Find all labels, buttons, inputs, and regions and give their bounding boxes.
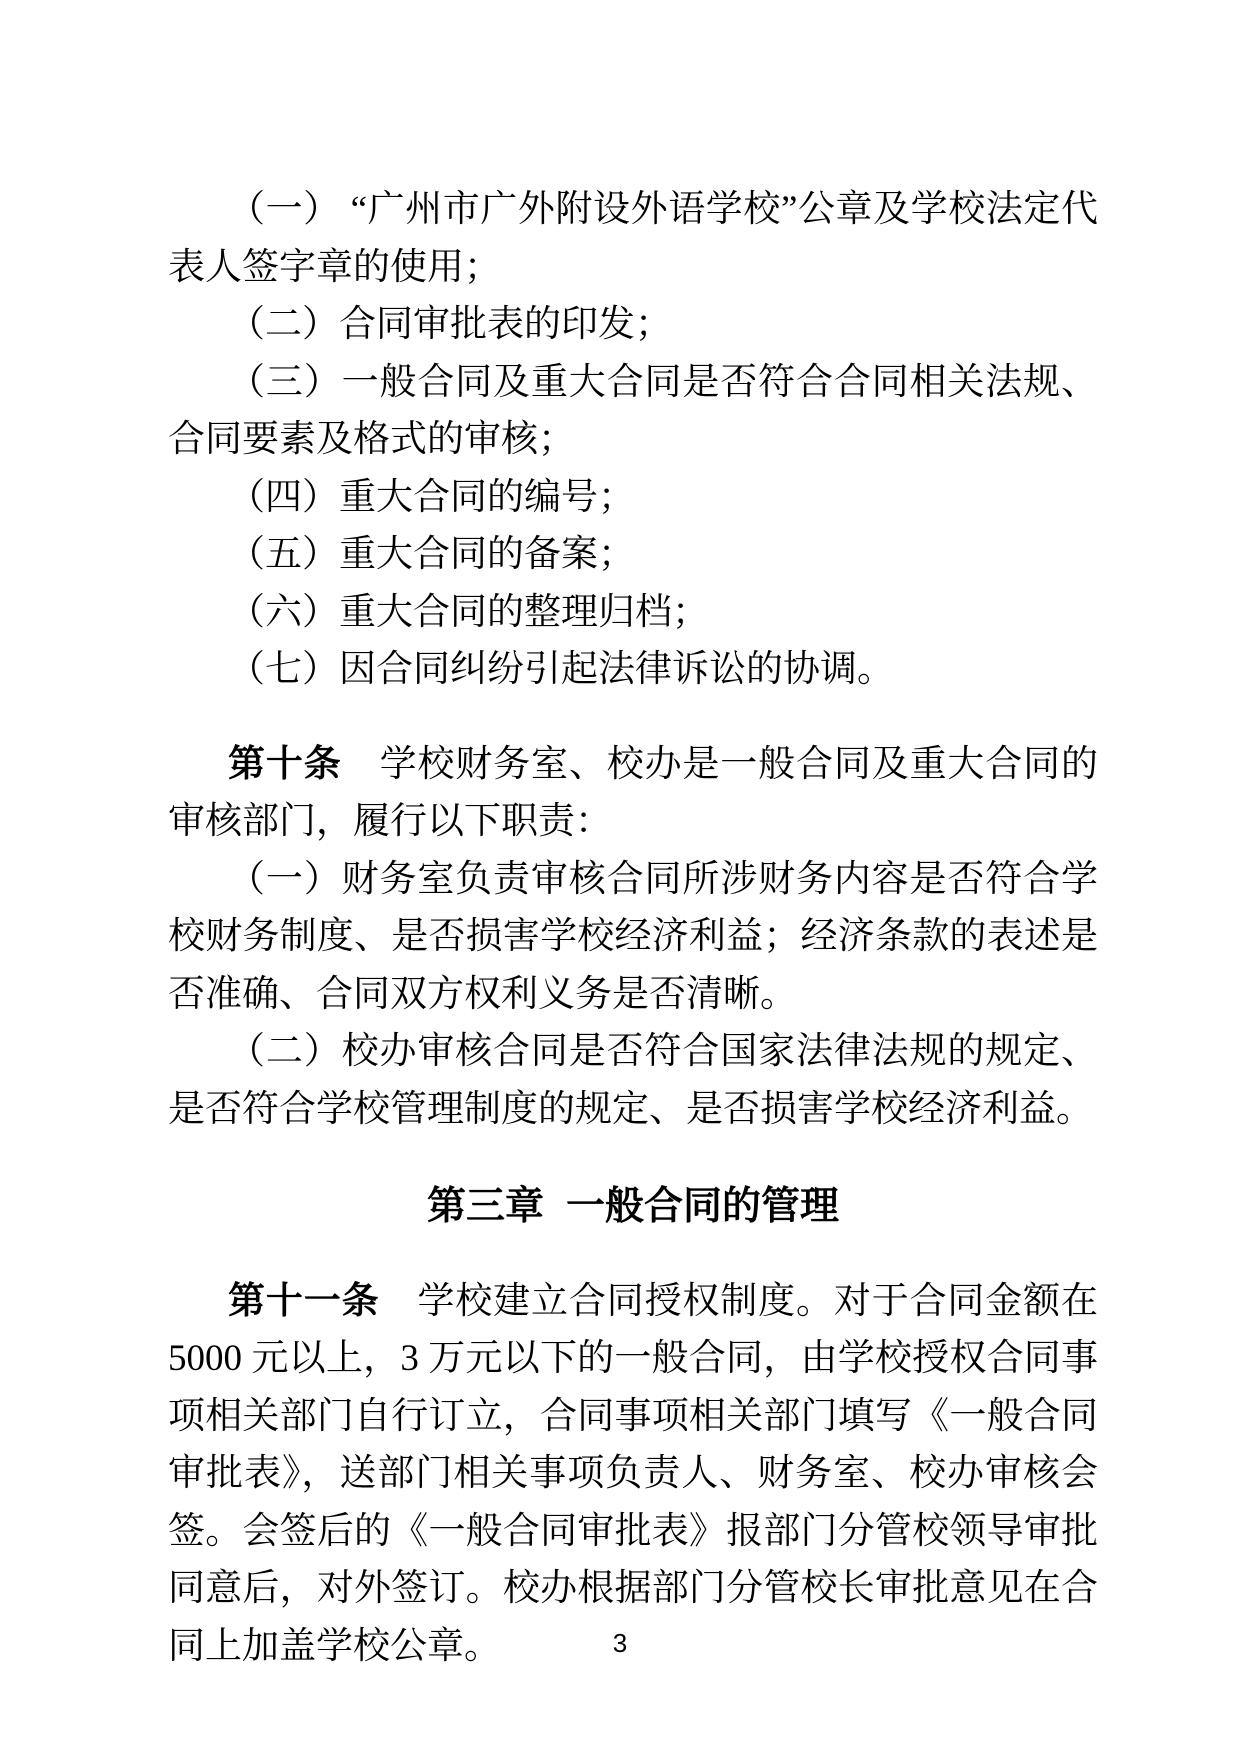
- article-11: 第十一条学校建立合同授权制度。对于合同金额在 5000 元以上，3 万元以下的一…: [168, 1272, 1098, 1676]
- article-10: 第十条学校财务室、校办是一般合同及重大合同的审核部门，履行以下职责：: [168, 735, 1098, 851]
- article-11-text: 学校建立合同授权制度。对于合同金额在 5000 元以上，3 万元以下的一般合同，…: [168, 1281, 1098, 1667]
- article-10-number: 第十条: [228, 743, 342, 784]
- chapter-3-number: 第三章: [427, 1185, 544, 1228]
- document-page: （一） “广州市广外附设外语学校”公章及学校法定代表人签字章的使用； （二）合同…: [0, 0, 1240, 1753]
- clause-item-5: （五）重大合同的备案；: [168, 526, 1098, 584]
- chapter-3-heading: 第三章一般合同的管理: [168, 1178, 1098, 1236]
- clause-item-3: （三）一般合同及重大合同是否符合合同相关法规、合同要素及格式的审核；: [168, 354, 1098, 469]
- chapter-3-title: 一般合同的管理: [566, 1185, 839, 1228]
- article-10-duty-2: （二）校办审核合同是否符合国家法律法规的规定、是否符合学校管理制度的规定、是否损…: [168, 1023, 1098, 1138]
- page-content: （一） “广州市广外附设外语学校”公章及学校法定代表人签字章的使用； （二）合同…: [168, 181, 1098, 1675]
- clause-item-2: （二）合同审批表的印发；: [168, 296, 1098, 354]
- clause-item-7: （七）因合同纠纷引起法律诉讼的协调。: [168, 641, 1098, 699]
- clause-item-6: （六）重大合同的整理归档；: [168, 584, 1098, 642]
- clause-item-1: （一） “广州市广外附设外语学校”公章及学校法定代表人签字章的使用；: [168, 181, 1098, 296]
- page-number: 3: [0, 1628, 1240, 1658]
- article-11-number: 第十一条: [228, 1280, 379, 1321]
- article-10-duty-1: （一）财务室负责审核合同所涉财务内容是否符合学校财务制度、是否损害学校经济利益；…: [168, 851, 1098, 1024]
- clause-item-4: （四）重大合同的编号；: [168, 469, 1098, 527]
